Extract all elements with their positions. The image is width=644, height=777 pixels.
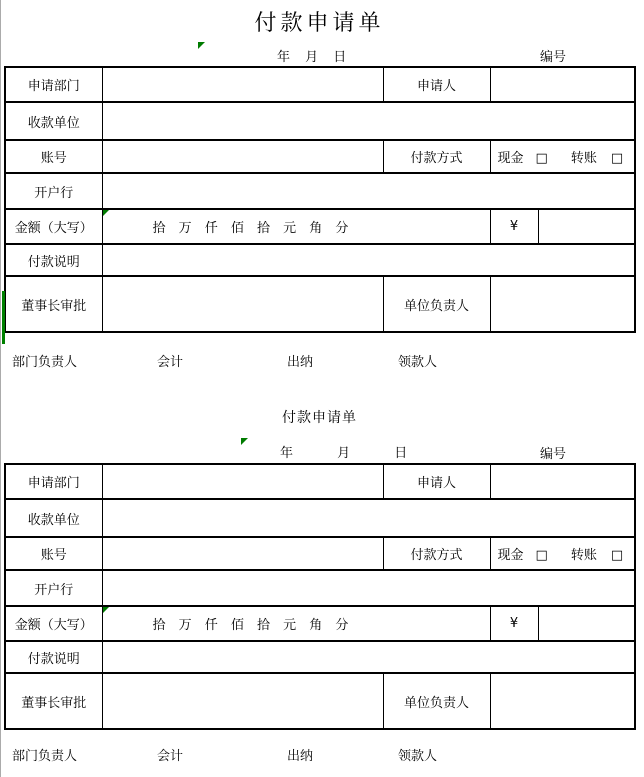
label-apply-dept: 申请部门 — [5, 67, 102, 102]
green-flag-icon — [241, 438, 248, 445]
label-amount-caps: 金额（大写） — [5, 606, 102, 641]
input-cell-payee-unit[interactable] — [102, 102, 635, 140]
digit-units-text: 拾 万 仟 佰 拾 元 角 分 — [153, 221, 349, 236]
payment-request-document: 付款申请单 年 月 日 编号 申请部门 申请人 收款单位 账号 付款方式 现金□… — [0, 0, 644, 777]
sig-cashier: 出纳 — [287, 351, 313, 370]
label-applicant: 申请人 — [383, 67, 490, 102]
form1-serial-label: 编号 — [540, 46, 566, 65]
label-payment-note: 付款说明 — [5, 641, 102, 673]
transfer-option-label: 转账 — [571, 544, 597, 563]
label-bank: 开户行 — [5, 570, 102, 606]
currency-symbol-cell: ¥ — [490, 606, 538, 641]
input-cell-applicant[interactable] — [490, 67, 635, 102]
cell-error-flag-icon — [103, 607, 109, 613]
transfer-checkbox[interactable]: □ — [611, 151, 623, 166]
page-left-edge-line — [0, 0, 1, 777]
label-account-no: 账号 — [5, 537, 102, 570]
input-cell-unit-head[interactable] — [490, 276, 635, 332]
label-applicant: 申请人 — [383, 464, 490, 499]
input-cell-chairman-approval[interactable] — [102, 673, 383, 729]
input-cell-apply-dept[interactable] — [102, 67, 383, 102]
cash-option-label: 现金 — [498, 151, 524, 166]
label-payee-unit: 收款单位 — [5, 499, 102, 537]
form2-title: 付款申请单 — [4, 407, 635, 427]
input-cell-account-no[interactable] — [102, 140, 383, 173]
label-unit-head: 单位负责人 — [383, 276, 490, 332]
cell-error-flag-icon — [103, 210, 109, 216]
sig-cashier: 出纳 — [287, 745, 313, 764]
label-bank: 开户行 — [5, 173, 102, 209]
input-cell-bank[interactable] — [102, 570, 635, 606]
amount-digit-units-cell[interactable]: 拾 万 仟 佰 拾 元 角 分 — [102, 606, 490, 641]
label-chairman-approval: 董事长审批 — [5, 276, 102, 332]
form2-table: 申请部门 申请人 收款单位 账号 付款方式 现金□转账□ 开户行 金额（大写） … — [4, 463, 636, 730]
amount-digit-units-cell[interactable]: 拾 万 仟 佰 拾 元 角 分 — [102, 209, 490, 244]
input-cell-apply-dept[interactable] — [102, 464, 383, 499]
form1-signature-row: 部门负责人 会计 出纳 领款人 — [0, 351, 644, 367]
sig-dept-head: 部门负责人 — [12, 745, 77, 764]
input-cell-amount[interactable] — [538, 209, 635, 244]
label-payment-method: 付款方式 — [383, 537, 490, 570]
label-unit-head: 单位负责人 — [383, 673, 490, 729]
form2-serial-label: 编号 — [540, 443, 566, 462]
sig-accountant: 会计 — [157, 351, 183, 370]
form2-signature-row: 部门负责人 会计 出纳 领款人 — [0, 745, 644, 761]
sig-payee: 领款人 — [398, 745, 437, 764]
form1-title: 付款申请单 — [4, 6, 635, 37]
green-flag-icon — [198, 42, 205, 49]
payment-method-options: 现金□转账□ — [490, 140, 635, 173]
label-payment-method: 付款方式 — [383, 140, 490, 173]
input-cell-bank[interactable] — [102, 173, 635, 209]
row-selection-green-edge — [2, 291, 5, 344]
payment-method-options: 现金□转账□ — [490, 537, 635, 570]
input-cell-payment-note[interactable] — [102, 641, 635, 673]
transfer-option-label: 转账 — [571, 147, 597, 166]
label-amount-caps: 金额（大写） — [5, 209, 102, 244]
input-cell-applicant[interactable] — [490, 464, 635, 499]
form1-table: 申请部门 申请人 收款单位 账号 付款方式 现金□转账□ 开户行 金额（大写） … — [4, 66, 636, 333]
sig-payee: 领款人 — [398, 351, 437, 370]
sig-accountant: 会计 — [157, 745, 183, 764]
label-account-no: 账号 — [5, 140, 102, 173]
cash-checkbox[interactable]: □ — [536, 151, 548, 166]
form1-date-line: 年 月 日 — [277, 46, 346, 65]
input-cell-payment-note[interactable] — [102, 244, 635, 276]
sig-dept-head: 部门负责人 — [12, 351, 77, 370]
label-payment-note: 付款说明 — [5, 244, 102, 276]
label-chairman-approval: 董事长审批 — [5, 673, 102, 729]
input-cell-amount[interactable] — [538, 606, 635, 641]
form2-date-line: 年 月 日 — [280, 442, 407, 461]
cash-checkbox[interactable]: □ — [536, 548, 548, 563]
label-apply-dept: 申请部门 — [5, 464, 102, 499]
label-payee-unit: 收款单位 — [5, 102, 102, 140]
input-cell-account-no[interactable] — [102, 537, 383, 570]
input-cell-payee-unit[interactable] — [102, 499, 635, 537]
input-cell-unit-head[interactable] — [490, 673, 635, 729]
cash-option-label: 现金 — [498, 548, 524, 563]
digit-units-text: 拾 万 仟 佰 拾 元 角 分 — [153, 618, 349, 633]
input-cell-chairman-approval[interactable] — [102, 276, 383, 332]
currency-symbol-cell: ¥ — [490, 209, 538, 244]
transfer-checkbox[interactable]: □ — [611, 548, 623, 563]
